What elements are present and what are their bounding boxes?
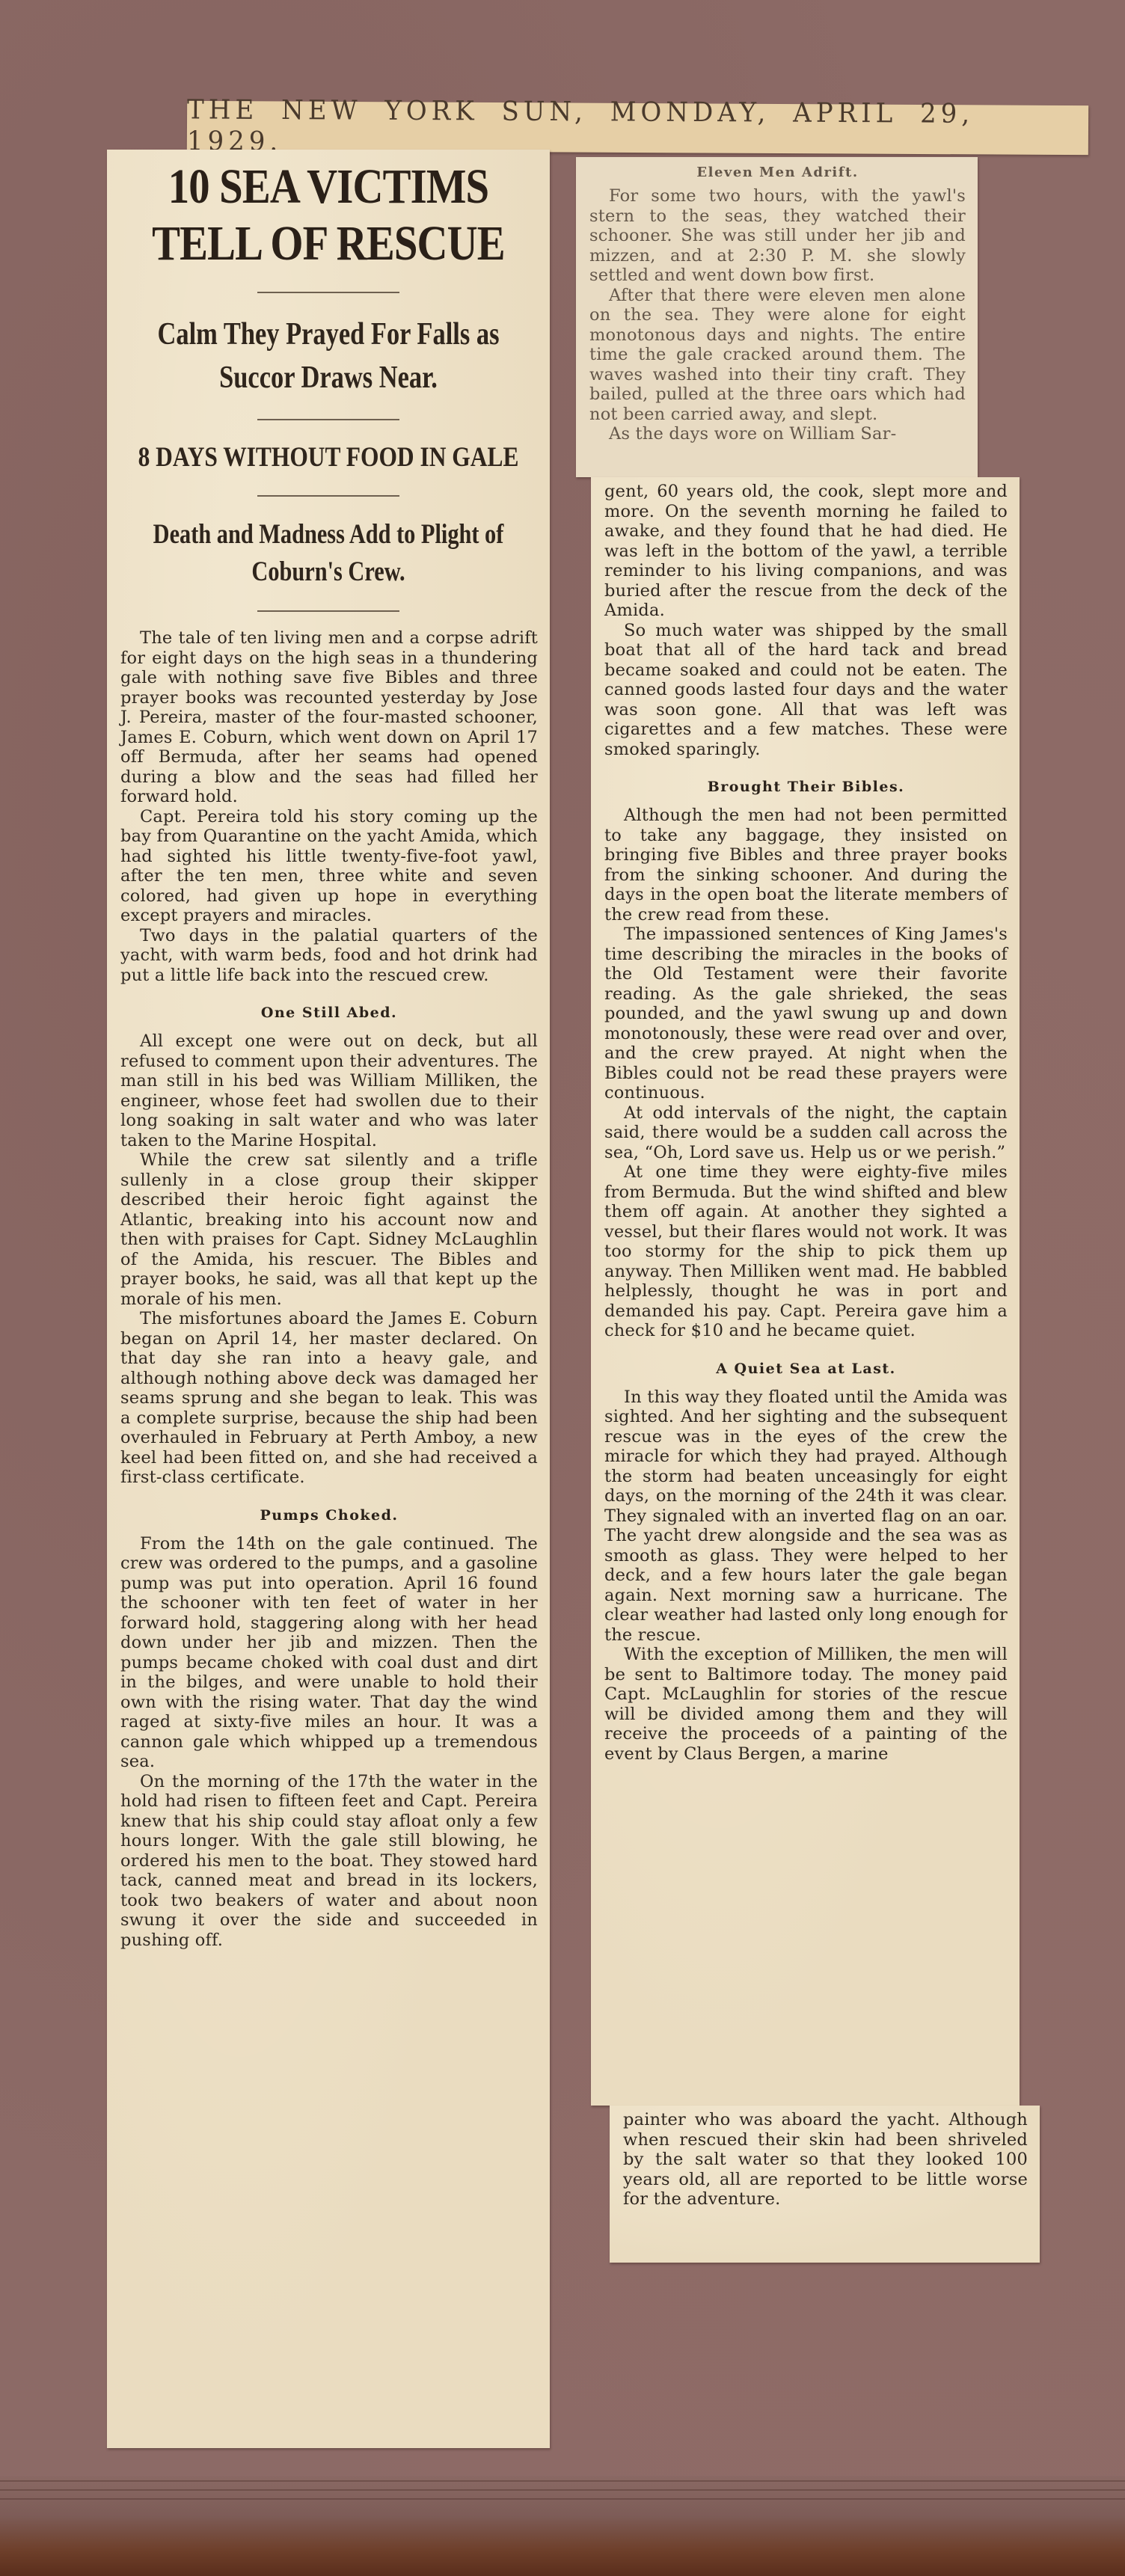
headline-rule xyxy=(257,292,399,293)
headline-rule xyxy=(257,610,399,612)
article-body-right-top: Eleven Men Adrift. For some two hours, w… xyxy=(576,157,978,444)
subhead-a-quiet-sea-at-last: A Quiet Sea at Last. xyxy=(604,1361,1008,1377)
paragraph: On the morning of the 17th the water in … xyxy=(120,1772,538,1951)
left-column-clipping: 10 SEA VICTIMS TELL OF RESCUE Calm They … xyxy=(107,150,550,2448)
paragraph: Two days in the palatial quarters of the… xyxy=(120,926,538,986)
subhead-eleven-men-adrift: Eleven Men Adrift. xyxy=(589,165,966,180)
right-column-clipping-top: Eleven Men Adrift. For some two hours, w… xyxy=(576,157,978,477)
page-edge-line xyxy=(0,2480,1125,2482)
paragraph: In this way they floated until the Amida… xyxy=(604,1387,1008,1646)
page-edge-line xyxy=(0,2498,1125,2500)
subhead-pumps-choked: Pumps Choked. xyxy=(120,1507,538,1524)
paragraph: As the days wore on William Sar- xyxy=(589,424,966,444)
paragraph: The misfortunes aboard the James E. Cobu… xyxy=(120,1309,538,1488)
paragraph: For some two hours, with the yawl's ster… xyxy=(589,186,966,286)
right-column-clipping-main: gent, 60 years old, the cook, slept more… xyxy=(591,477,1020,2106)
masthead-clipping: THE NEW YORK SUN, MONDAY, APRIL 29, 1929… xyxy=(187,101,1088,155)
paragraph: With the exception of Milliken, the men … xyxy=(604,1645,1008,1764)
paragraph: So much water was shipped by the small b… xyxy=(604,621,1008,760)
headline-rule xyxy=(257,495,399,497)
paragraph: At one time they were eighty-five miles … xyxy=(604,1162,1008,1341)
subhead-one-still-abed: One Still Abed. xyxy=(120,1005,538,1021)
paragraph: After that there were eleven men alone o… xyxy=(589,286,966,425)
paragraph: All except one were out on deck, but all… xyxy=(120,1031,538,1150)
subhead-brought-their-bibles: Brought Their Bibles. xyxy=(604,779,1008,795)
paragraph: Although the men had not been permitted … xyxy=(604,806,1008,924)
paragraph: While the crew sat silently and a trifle… xyxy=(120,1150,538,1309)
paragraph: Capt. Pereira told his story coming up t… xyxy=(120,807,538,926)
paragraph: At odd intervals of the night, the capta… xyxy=(604,1103,1008,1163)
article-body-left: The tale of ten living men and a corpse … xyxy=(107,628,550,1950)
headline-main: 10 SEA VICTIMS TELL OF RESCUE xyxy=(138,159,518,272)
paragraph: From the 14th on the gale continued. The… xyxy=(120,1534,538,1772)
headline-deck-2: 8 DAYS WITHOUT FOOD IN GALE xyxy=(114,440,542,476)
page-edge-line xyxy=(0,2489,1125,2491)
article-body-right: gent, 60 years old, the cook, slept more… xyxy=(591,477,1020,1764)
paragraph: gent, 60 years old, the cook, slept more… xyxy=(604,482,1008,621)
album-page-edge xyxy=(0,2476,1125,2576)
paragraph: The tale of ten living men and a corpse … xyxy=(120,628,538,807)
paragraph: The impassioned sentences of King James'… xyxy=(604,924,1008,1103)
article-body-right-bottom: painter who was aboard the yacht. Althou… xyxy=(610,2106,1040,2209)
headline-rule xyxy=(257,419,399,420)
paragraph: painter who was aboard the yacht. Althou… xyxy=(623,2110,1028,2209)
headline-deck-1: Calm They Prayed For Falls as Succor Dra… xyxy=(122,313,534,399)
headline-deck-3: Death and Madness Add to Plight of Cobur… xyxy=(122,516,534,591)
right-column-clipping-bottom: painter who was aboard the yacht. Althou… xyxy=(610,2106,1040,2263)
